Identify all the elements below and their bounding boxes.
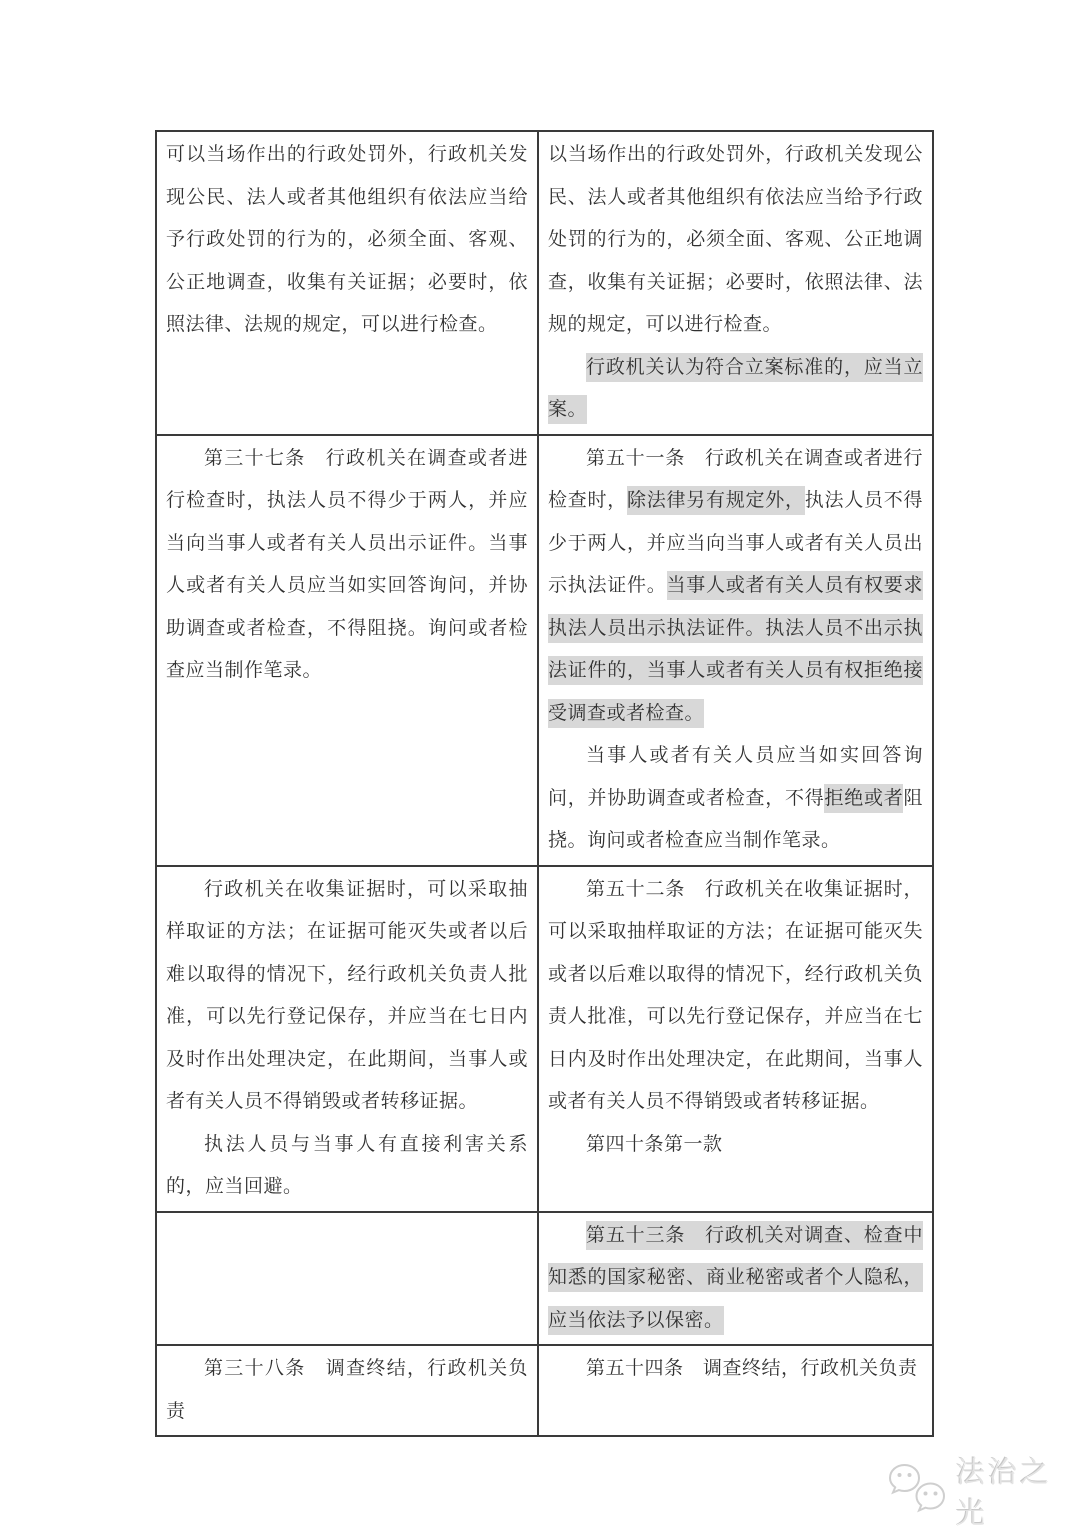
law-paragraph: 第三十八条 调查终结，行政机关负责 — [166, 1348, 528, 1433]
law-paragraph: 第五十四条 调查终结，行政机关负责 — [548, 1348, 923, 1391]
law-paragraph: 行政机关在收集证据时，可以采取抽样取证的方法；在证据可能灭失或者以后难以取得的情… — [166, 869, 528, 1124]
text-run: 可以当场作出的行政处罚外，行政机关发现公民、法人或者其他组织有依法应当给予行政处… — [166, 144, 528, 335]
law-paragraph: 第三十七条 行政机关在调查或者进行检查时，执法人员不得少于两人，并应当向当事人或… — [166, 438, 528, 693]
old-law-cell — [156, 1212, 538, 1346]
law-paragraph: 以当场作出的行政处罚外，行政机关发现公民、法人或者其他组织有依法应当给予行政处罚… — [548, 134, 923, 347]
law-paragraph: 第五十三条 行政机关对调查、检查中知悉的国家秘密、商业秘密或者个人隐私，应当依法… — [548, 1215, 923, 1343]
law-paragraph: 第四十条第一款 — [548, 1124, 923, 1167]
text-run: 执法人员与当事人有直接利害关系的，应当回避。 — [166, 1134, 528, 1198]
highlighted-text-run: 第五十三条 行政机关对调查、检查中知悉的国家秘密、商业秘密或者个人隐私，应当依法… — [548, 1221, 923, 1335]
old-law-cell: 可以当场作出的行政处罚外，行政机关发现公民、法人或者其他组织有依法应当给予行政处… — [156, 131, 538, 435]
comparison-row: 第三十七条 行政机关在调查或者进行检查时，执法人员不得少于两人，并应当向当事人或… — [156, 435, 933, 866]
text-run: 第三十八条 调查终结，行政机关负责 — [166, 1358, 528, 1422]
watermark-text: 法治之光 — [956, 1450, 1080, 1527]
law-paragraph: 行政机关认为符合立案标准的，应当立案。 — [548, 347, 923, 432]
law-paragraph: 执法人员与当事人有直接利害关系的，应当回避。 — [166, 1124, 528, 1209]
wechat-icon — [886, 1463, 948, 1520]
comparison-row: 第五十三条 行政机关对调查、检查中知悉的国家秘密、商业秘密或者个人隐私，应当依法… — [156, 1212, 933, 1346]
law-paragraph: 当事人或者有关人员应当如实回答询问，并协助调查或者检查，不得拒绝或者阻挠。询问或… — [548, 735, 923, 863]
highlighted-text-run: 拒绝或者 — [824, 784, 903, 813]
text-run: 第五十二条 行政机关在收集证据时，可以采取抽样取证的方法；在证据可能灭失或者以后… — [548, 879, 923, 1113]
text-run: 第五十四条 调查终结，行政机关负责 — [586, 1358, 918, 1379]
new-law-cell: 第五十四条 调查终结，行政机关负责 — [538, 1345, 933, 1436]
new-law-cell: 第五十一条 行政机关在调查或者进行检查时，除法律另有规定外，执法人员不得少于两人… — [538, 435, 933, 866]
comparison-row: 可以当场作出的行政处罚外，行政机关发现公民、法人或者其他组织有依法应当给予行政处… — [156, 131, 933, 435]
comparison-row: 第三十八条 调查终结，行政机关负责第五十四条 调查终结，行政机关负责 — [156, 1345, 933, 1436]
text-run: 以当场作出的行政处罚外，行政机关发现公民、法人或者其他组织有依法应当给予行政处罚… — [548, 144, 923, 335]
old-law-cell: 第三十八条 调查终结，行政机关负责 — [156, 1345, 538, 1436]
text-run: 行政机关在收集证据时，可以采取抽样取证的方法；在证据可能灭失或者以后难以取得的情… — [166, 879, 528, 1113]
watermark-logo: 法治之光 — [886, 1450, 1080, 1527]
law-paragraph: 第五十二条 行政机关在收集证据时，可以采取抽样取证的方法；在证据可能灭失或者以后… — [548, 869, 923, 1124]
new-law-cell: 第五十三条 行政机关对调查、检查中知悉的国家秘密、商业秘密或者个人隐私，应当依法… — [538, 1212, 933, 1346]
new-law-cell: 以当场作出的行政处罚外，行政机关发现公民、法人或者其他组织有依法应当给予行政处罚… — [538, 131, 933, 435]
law-paragraph: 可以当场作出的行政处罚外，行政机关发现公民、法人或者其他组织有依法应当给予行政处… — [166, 134, 528, 347]
old-law-cell: 行政机关在收集证据时，可以采取抽样取证的方法；在证据可能灭失或者以后难以取得的情… — [156, 866, 538, 1212]
text-run: 第三十七条 行政机关在调查或者进行检查时，执法人员不得少于两人，并应当向当事人或… — [166, 448, 528, 682]
highlighted-text-run: 除法律另有规定外， — [627, 486, 805, 515]
old-law-cell: 第三十七条 行政机关在调查或者进行检查时，执法人员不得少于两人，并应当向当事人或… — [156, 435, 538, 866]
document-page: 可以当场作出的行政处罚外，行政机关发现公民、法人或者其他组织有依法应当给予行政处… — [0, 0, 1080, 1527]
new-law-cell: 第五十二条 行政机关在收集证据时，可以采取抽样取证的方法；在证据可能灭失或者以后… — [538, 866, 933, 1212]
text-run: 第四十条第一款 — [586, 1134, 723, 1155]
comparison-row: 行政机关在收集证据时，可以采取抽样取证的方法；在证据可能灭失或者以后难以取得的情… — [156, 866, 933, 1212]
law-paragraph: 第五十一条 行政机关在调查或者进行检查时，除法律另有规定外，执法人员不得少于两人… — [548, 438, 923, 736]
law-comparison-table: 可以当场作出的行政处罚外，行政机关发现公民、法人或者其他组织有依法应当给予行政处… — [155, 130, 934, 1437]
highlighted-text-run: 行政机关认为符合立案标准的，应当立案。 — [548, 353, 923, 425]
